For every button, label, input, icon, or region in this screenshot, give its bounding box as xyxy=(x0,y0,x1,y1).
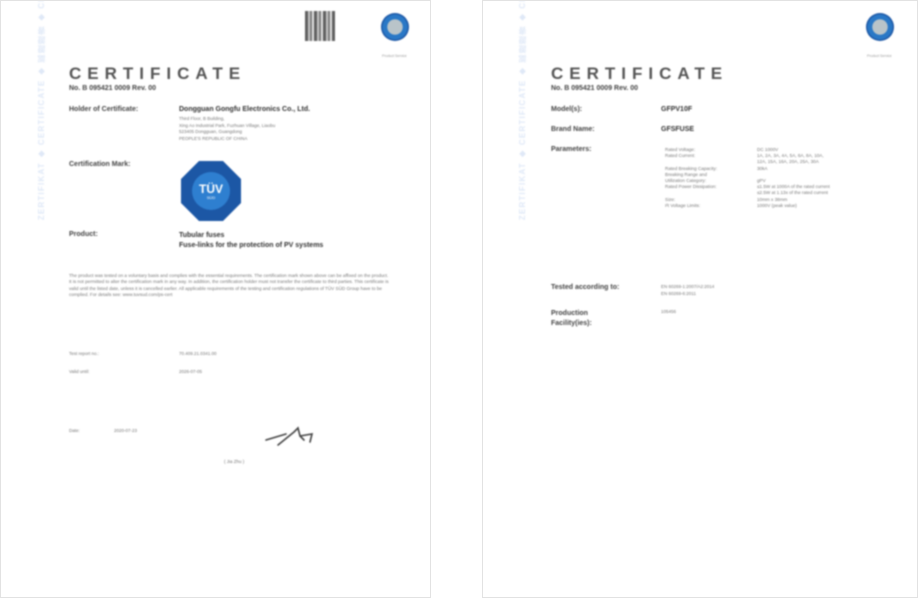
holder-name: Dongguan Gongfu Electronics Co., Ltd. xyxy=(179,106,310,113)
certificate-statement: The product was tested on a voluntary ba… xyxy=(69,273,390,299)
signer-name: ( Jia Zhu ) xyxy=(224,459,244,466)
holder-address: Third Floor, B Building, Xing Ao Industr… xyxy=(179,116,275,142)
stripe-text: ZERTIFIKAT ◆ CERTIFICATE ◆ 認證證書 ◆ CEPTИФ… xyxy=(36,0,47,221)
certificate-number: No. B 095421 0009 Rev. 00 xyxy=(69,85,156,92)
certification-mark-icon: TÜV SÜD xyxy=(181,161,241,221)
certificate-page-1: ZERTIFIKAT ◆ CERTIFICATE ◆ 認證證書 ◆ CEPTИФ… xyxy=(0,0,431,598)
certificate-page-2: ZERTIFIKAT ◆ CERTIFICATE ◆ 認證證書 ◆ CEPTИФ… xyxy=(482,0,918,598)
product-label: Product: xyxy=(69,231,98,238)
stripe-text: ZERTIFIKAT ◆ CERTIFICATE ◆ 認證證書 ◆ CEPTИФ… xyxy=(517,0,528,221)
seal-caption: Product Service xyxy=(382,54,407,58)
holder-label: Holder of Certificate: xyxy=(69,106,138,113)
certificate-title: CERTIFICATE xyxy=(551,64,728,84)
tuv-seal-icon xyxy=(866,13,894,41)
product-value: Tubular fuses Fuse-links for the protect… xyxy=(179,231,323,251)
certificate-number: No. B 095421 0009 Rev. 00 xyxy=(551,85,638,92)
certificate-title: CERTIFICATE xyxy=(69,64,246,84)
signature-icon xyxy=(264,426,322,448)
seal-caption: Product Service xyxy=(867,54,892,58)
tuv-seal-icon xyxy=(381,13,409,41)
parameters-table: Rated Voltage:DC 1000V Rated Current:1A,… xyxy=(665,147,889,209)
mark-label: Certification Mark: xyxy=(69,161,130,168)
qr-code-icon xyxy=(305,11,335,41)
parameter-row: I²t Voltage Limits:1000V (peak value) xyxy=(665,203,889,209)
